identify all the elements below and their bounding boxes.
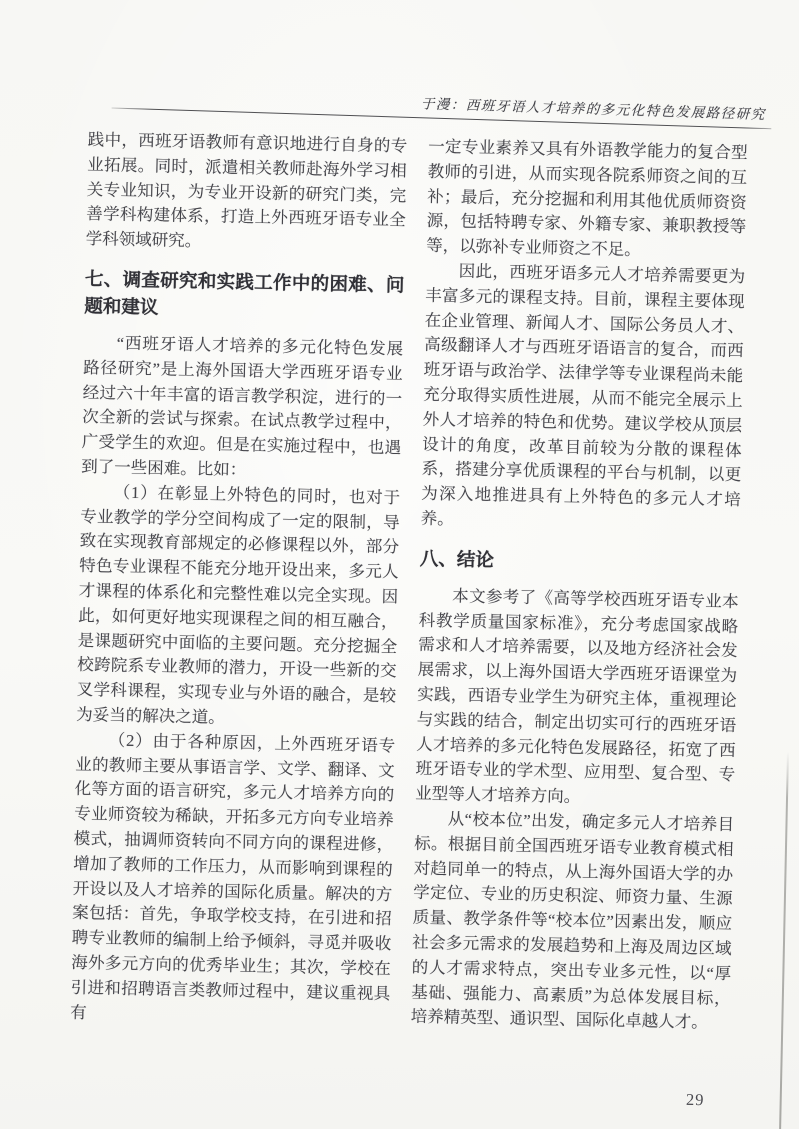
page-number: 29 [686, 1090, 705, 1110]
left-column: 践中，西班牙语教师有意识地进行自身的专业拓展。同时，派遣相关教师赴海外学习相关专… [70, 128, 407, 1032]
paragraph: “西班牙语人才培养的多元化特色发展路径研究”是上海外国语大学西班牙语专业经过六十… [81, 331, 403, 486]
paragraph: 从“校本位”出发，确定多元人才培养目标。根据目前全国西班牙语专业教育模式相对趋同… [410, 807, 734, 1037]
scanned-page: 于漫：西班牙语人才培养的多元化特色发展路径研究 践中，西班牙语教师有意识地进行自… [0, 0, 799, 1129]
paragraph: （1）在彰显上外特色的同时，也对于专业教学的学分空间构成了一定的限制，导致在实现… [76, 480, 400, 734]
section-heading-7: 七、调查研究和实践工作中的困难、问题和建议 [84, 267, 405, 327]
paragraph-continued: 一定专业素养又具有外语教学能力的复合型教师的引进，从而实现各院系师资之间的互补；… [426, 135, 748, 265]
page-header: 于漫：西班牙语人才培养的多元化特色发展路径研究 [96, 82, 772, 130]
section-heading-8: 八、结论 [420, 547, 740, 580]
page-edge-line [779, 752, 789, 1129]
paragraph: 本文参考了《高等学校西班牙语专业本科教学质量国家标准》，充分考虑国家战略需求和人… [415, 583, 739, 813]
right-column: 一定专业素养又具有外语教学能力的复合型教师的引进，从而实现各院系师资之间的互补；… [410, 135, 747, 1039]
article-body: 践中，西班牙语教师有意识地进行自身的专业拓展。同时，派遣相关教师赴海外学习相关专… [70, 128, 748, 1038]
paragraph-continued: 践中，西班牙语教师有意识地进行自身的专业拓展。同时，派遣相关教师赴海外学习相关专… [86, 128, 408, 258]
paragraph: （2）由于各种原因，上外西班牙语专业的教师主要从事语言学、文学、翻译、文化等方面… [70, 728, 395, 1032]
paragraph: 因此，西班牙语多元人才培养需要更为丰富多元的课程支持。目前，课程主要体现在企业管… [420, 259, 745, 538]
